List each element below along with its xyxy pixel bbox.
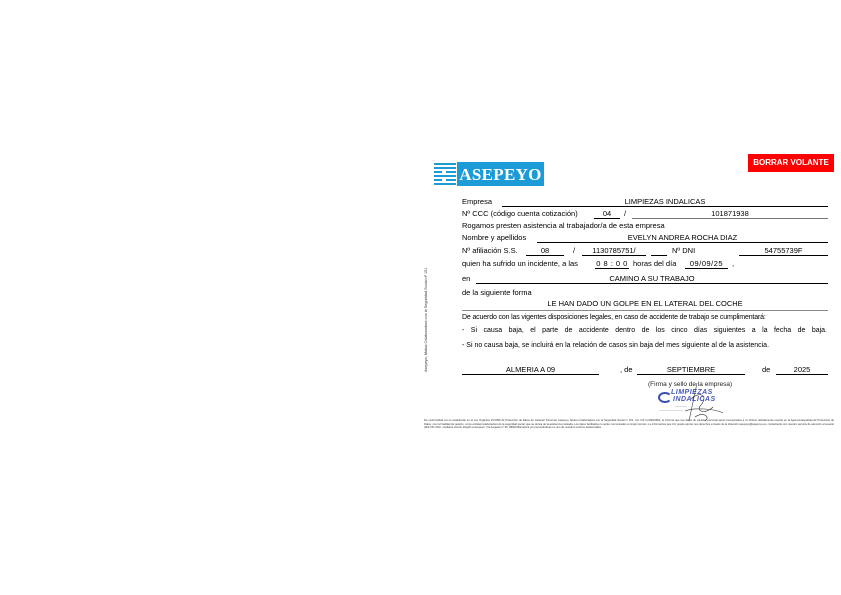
hora-field[interactable]: 0 8 : 0 0 [595, 259, 629, 269]
legal-intro: De acuerdo con las vigentes disposicione… [462, 313, 766, 323]
afiliacion-suffix-field[interactable] [651, 246, 667, 256]
dni-field[interactable]: 54755739F [739, 246, 828, 256]
privacy-footer: De conformidad con lo establecido en la … [424, 419, 834, 430]
logo-mark-icon [434, 162, 456, 186]
side-legal-text: Asepeyo, Mutua Colaboradora con la Segur… [424, 268, 428, 372]
stamp-logo-icon [658, 392, 672, 403]
afiliacion-label: Nº afiliación S.S. [462, 246, 518, 256]
nombre-field[interactable]: EVELYN ANDREA ROCHA DIAZ [537, 233, 828, 243]
ccc-separator: / [624, 209, 626, 219]
lugar-field[interactable]: CAMINO A SU TRABAJO [476, 274, 828, 284]
legal-item-1: - Si causa baja, el parte de accidente d… [462, 326, 827, 336]
nombre-label: Nombre y apellidos [462, 233, 526, 243]
ccc-label: Nº CCC (código cuenta cotización) [462, 209, 578, 219]
dia-suffix: , [732, 259, 734, 269]
de1-label: , de [620, 365, 633, 375]
afiliacion-prefix-field[interactable]: 08 [526, 246, 564, 256]
forma-field[interactable]: LE HAN DADO UN GOLPE EN EL LATERAL DEL C… [462, 299, 828, 309]
clear-form-button[interactable]: BORRAR VOLANTE [748, 154, 834, 172]
year-field[interactable]: 2025 [776, 365, 828, 375]
empresa-field[interactable]: LIMPIEZAS INDALICAS [502, 197, 828, 207]
ccc-field[interactable]: 101871938 [632, 209, 828, 219]
incidente-label: quien ha sufrido un incidente, a las [462, 259, 578, 269]
horas-label: horas del día [633, 259, 676, 269]
forma-divider [462, 310, 828, 311]
de2-label: de [762, 365, 770, 375]
request-text: Rogamos presten asistencia al trabajador… [462, 221, 665, 231]
forma-label: de la siguiente forma [462, 288, 532, 298]
afiliacion-separator: / [573, 246, 575, 256]
dni-label: Nº DNI [672, 246, 695, 256]
en-label: en [462, 274, 470, 284]
empresa-label: Empresa [462, 197, 492, 207]
ccc-prefix-field[interactable]: 04 [594, 209, 620, 219]
asepeyo-logo: ASEPEYO [434, 162, 544, 186]
logo-text: ASEPEYO [457, 162, 544, 186]
legal-item-2: - Si no causa baja, se incluirá en la re… [462, 341, 769, 351]
month-field[interactable]: SEPTIEMBRE [637, 365, 745, 375]
place-field[interactable]: ALMERIA A 09 [462, 365, 599, 375]
dia-field[interactable]: 09/09/25 [685, 259, 728, 269]
afiliacion-field[interactable]: 1130785751/ [582, 246, 646, 256]
